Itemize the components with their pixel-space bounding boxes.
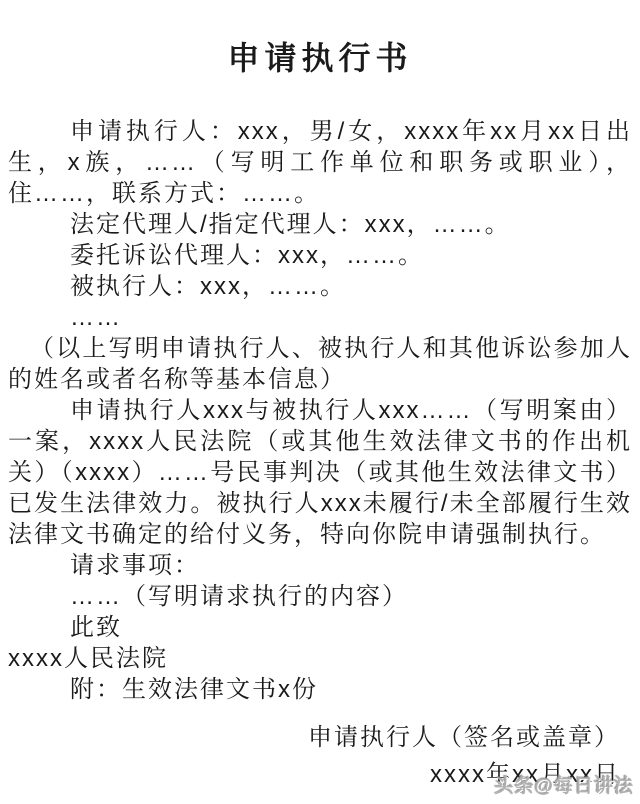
paragraph-request-items-label: 请求事项： [8,550,632,581]
paragraph-request-content: ……（写明请求执行的内容） [8,581,632,612]
document-page: 申请执行书 申请执行人：xxx，男/女，xxxx年xx月xx日出生，x族，……（… [0,0,640,804]
paragraph-legal-agent: 法定代理人/指定代理人：xxx，……。 [8,209,632,240]
document-body: 申请执行人：xxx，男/女，xxxx年xx月xx日出生，x族，……（写明工作单位… [8,116,632,705]
signature-line: 申请执行人（签名或盖章） [8,719,620,756]
page-title: 申请执行书 [8,36,632,80]
paragraph-respondent: 被执行人：xxx，……。 [8,271,632,302]
paragraph-court-name: xxxx人民法院 [8,643,632,674]
paragraph-case-statement: 申请执行人xxx与被执行人xxx……（写明案由）一案，xxxx人民法院（或其他生… [8,395,632,550]
paragraph-applicant-info: 申请执行人：xxx，男/女，xxxx年xx月xx日出生，x族，……（写明工作单位… [8,116,632,209]
paragraph-attachment: 附：生效法律文书x份 [8,674,632,705]
paragraph-salutation: 此致 [8,612,632,643]
watermark: 头条@每日讲法 [494,771,634,798]
paragraph-litigation-agent: 委托诉讼代理人：xxx，……。 [8,240,632,271]
paragraph-note-basic-info: （以上写明申请执行人、被执行人和其他诉讼参加人的姓名或者名称等基本信息） [8,333,632,395]
paragraph-ellipsis: …… [8,302,632,333]
